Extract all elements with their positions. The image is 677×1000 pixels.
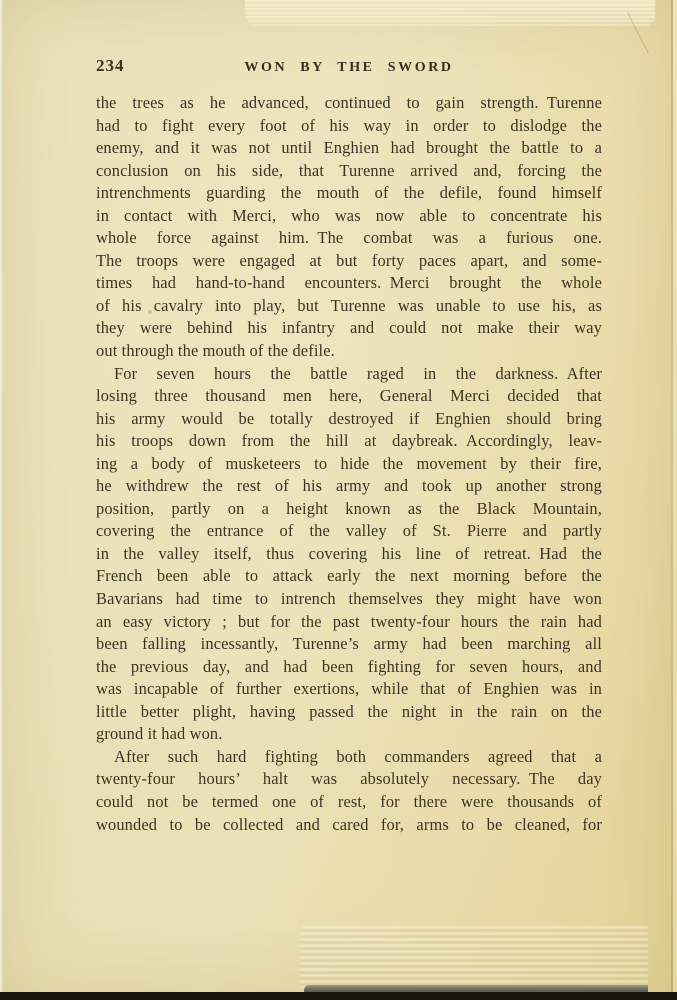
text-line: enemy, and it was not until Enghien had … — [96, 137, 602, 160]
text-line: twenty-four hours’ halt was absolutely n… — [96, 768, 602, 791]
text-line: was incapable of further exertions, whil… — [96, 678, 602, 701]
book-page-scan: 234 WON BY THE SWORD the trees as he adv… — [0, 0, 677, 1000]
text-line: in the valley itself, thus covering his … — [96, 543, 602, 566]
text-line: little better plight, having passed the … — [96, 701, 602, 724]
text-line: conclusion on his side, that Turenne arr… — [96, 160, 602, 183]
scan-bottom-shadow — [0, 992, 677, 1000]
text-line: Bavarians had time to intrench themselve… — [96, 588, 602, 611]
text-line: the previous day, and had been fighting … — [96, 656, 602, 679]
running-head: WON BY THE SWORD — [96, 60, 602, 76]
page-bottom-edge-stack — [300, 926, 648, 988]
page-top-edge-stack — [245, 0, 655, 27]
text-line: an easy victory ; but for the past twent… — [96, 611, 602, 634]
text-line: been falling incessantly, Turenne’s army… — [96, 633, 602, 656]
text-line: intrenchments guarding the mouth of the … — [96, 182, 602, 205]
text-line: in contact with Merci, who was now able … — [96, 205, 602, 228]
text-line: losing three thousand men here, General … — [96, 385, 602, 408]
text-line: had to fight every foot of his way in or… — [96, 115, 602, 138]
text-line: covering the entrance of the valley of S… — [96, 520, 602, 543]
text-line: of his cavalry into play, but Turenne wa… — [96, 295, 602, 318]
text-line: he withdrew the rest of his army and too… — [96, 475, 602, 498]
text-line: ing a body of musketeers to hide the mov… — [96, 453, 602, 476]
text-line: out through the mouth of the defile. — [96, 340, 602, 363]
text-line: the trees as he advanced, continued to g… — [96, 92, 602, 115]
page-right-edge-line — [671, 0, 673, 992]
text-line: The troops were engaged at but forty pac… — [96, 250, 602, 273]
text-line: his army would be totally destroyed if E… — [96, 408, 602, 431]
text-line: could not be termed one of rest, for the… — [96, 791, 602, 814]
page-right-edge-strip — [673, 0, 677, 992]
text-line: whole force against him. The combat was … — [96, 227, 602, 250]
page-text: the trees as he advanced, continued to g… — [96, 92, 602, 836]
text-line: ground it had won. — [96, 723, 602, 746]
text-line: For seven hours the battle raged in the … — [96, 363, 602, 386]
text-line: French been able to attack early the nex… — [96, 565, 602, 588]
text-line: After such hard fighting both commanders… — [96, 746, 602, 769]
page-left-edge-highlight — [0, 0, 3, 1000]
text-line: they were behind his infantry and could … — [96, 317, 602, 340]
text-line: wounded to be collected and cared for, a… — [96, 814, 602, 837]
text-line: position, partly on a height known as th… — [96, 498, 602, 521]
text-line: times had hand-to-hand encounters. Merci… — [96, 272, 602, 295]
text-line: his troops down from the hill at daybrea… — [96, 430, 602, 453]
